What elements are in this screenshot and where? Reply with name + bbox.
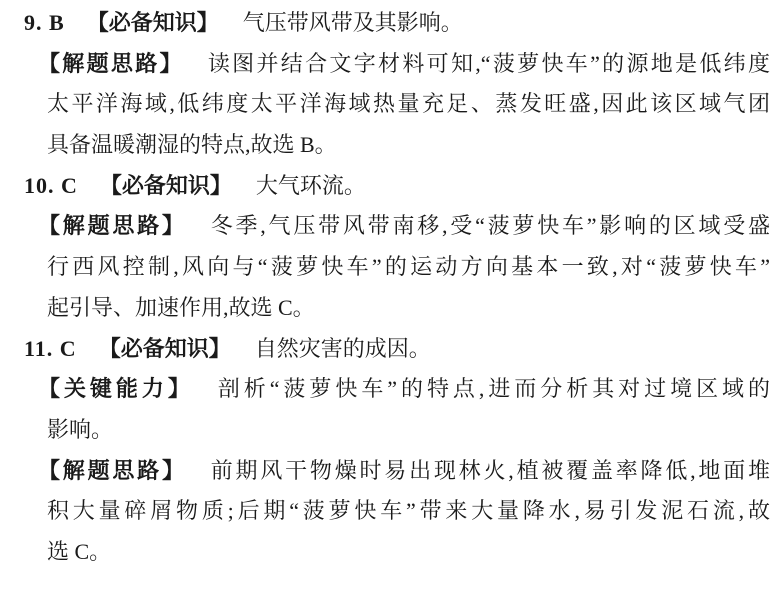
section-label-required-knowledge: 【必备知识】 <box>99 336 231 361</box>
question-9-head: 9. B【必备知识】气压带风带及其影响。 <box>24 3 777 44</box>
analysis-text: 前期风干物燥时易出现林火,植被覆盖率降低,地面堆 <box>211 458 770 483</box>
analysis-line: 起引导、加速作用,故选 C。 <box>47 288 770 329</box>
question-11-key-ability: 【关键能力】剖析“菠萝快车”的特点,进而分析其对过境区域的 影响。 <box>0 369 777 450</box>
analysis-line: 【解题思路】读图并结合文字材料可知,“菠萝快车”的源地是低纬度 <box>38 44 770 85</box>
analysis-line: 太平洋海域,低纬度太平洋海域热量充足、蒸发旺盛,因此该区域气团 <box>47 84 770 125</box>
required-knowledge-text: 气压带风带及其影响。 <box>243 10 463 35</box>
section-label-analysis: 【解题思路】 <box>38 51 184 76</box>
required-knowledge-text: 大气环流。 <box>256 173 366 198</box>
section-label-required-knowledge: 【必备知识】 <box>100 173 232 198</box>
question-10-head: 10. C【必备知识】大气环流。 <box>24 166 777 207</box>
question-10: 10. C【必备知识】大气环流。 【解题思路】冬季,气压带风带南移,受“菠萝快车… <box>0 166 777 329</box>
analysis-line: 行西风控制,风向与“菠萝快车”的运动方向基本一致,对“菠萝快车” <box>47 247 770 288</box>
key-ability-line: 【关键能力】剖析“菠萝快车”的特点,进而分析其对过境区域的 <box>38 369 770 410</box>
question-9-analysis: 【解题思路】读图并结合文字材料可知,“菠萝快车”的源地是低纬度 太平洋海域,低纬… <box>0 44 777 166</box>
question-9: 9. B【必备知识】气压带风带及其影响。 【解题思路】读图并结合文字材料可知,“… <box>0 3 777 166</box>
question-11-analysis: 【解题思路】前期风干物燥时易出现林火,植被覆盖率降低,地面堆 积大量碎屑物质;后… <box>0 451 777 573</box>
question-number-answer: 11. C <box>24 336 77 361</box>
question-number-answer: 10. C <box>24 173 78 198</box>
question-10-analysis: 【解题思路】冬季,气压带风带南移,受“菠萝快车”影响的区域受盛 行西风控制,风向… <box>0 206 777 328</box>
key-ability-line: 影响。 <box>47 410 770 451</box>
analysis-line: 积大量碎屑物质;后期“菠萝快车”带来大量降水,易引发泥石流,故 <box>47 491 770 532</box>
question-number-answer: 9. B <box>24 10 65 35</box>
analysis-text: 冬季,气压带风带南移,受“菠萝快车”影响的区域受盛 <box>211 213 770 238</box>
section-label-key-ability: 【关键能力】 <box>38 376 194 401</box>
analysis-line: 【解题思路】前期风干物燥时易出现林火,植被覆盖率降低,地面堆 <box>38 451 770 492</box>
question-11-head: 11. C【必备知识】自然灾害的成因。 <box>24 329 777 370</box>
analysis-text: 读图并结合文字材料可知,“菠萝快车”的源地是低纬度 <box>208 51 770 76</box>
section-label-required-knowledge: 【必备知识】 <box>87 10 219 35</box>
section-label-analysis: 【解题思路】 <box>38 458 187 483</box>
required-knowledge-text: 自然灾害的成因。 <box>255 336 431 361</box>
section-label-analysis: 【解题思路】 <box>38 213 187 238</box>
key-ability-text: 剖析“菠萝快车”的特点,进而分析其对过境区域的 <box>218 376 770 401</box>
question-11: 11. C【必备知识】自然灾害的成因。 【关键能力】剖析“菠萝快车”的特点,进而… <box>0 329 777 573</box>
answer-key-page: 9. B【必备知识】气压带风带及其影响。 【解题思路】读图并结合文字材料可知,“… <box>0 0 777 573</box>
analysis-line: 选 C。 <box>47 532 770 573</box>
analysis-line: 具备温暖潮湿的特点,故选 B。 <box>47 125 770 166</box>
analysis-line: 【解题思路】冬季,气压带风带南移,受“菠萝快车”影响的区域受盛 <box>38 206 770 247</box>
